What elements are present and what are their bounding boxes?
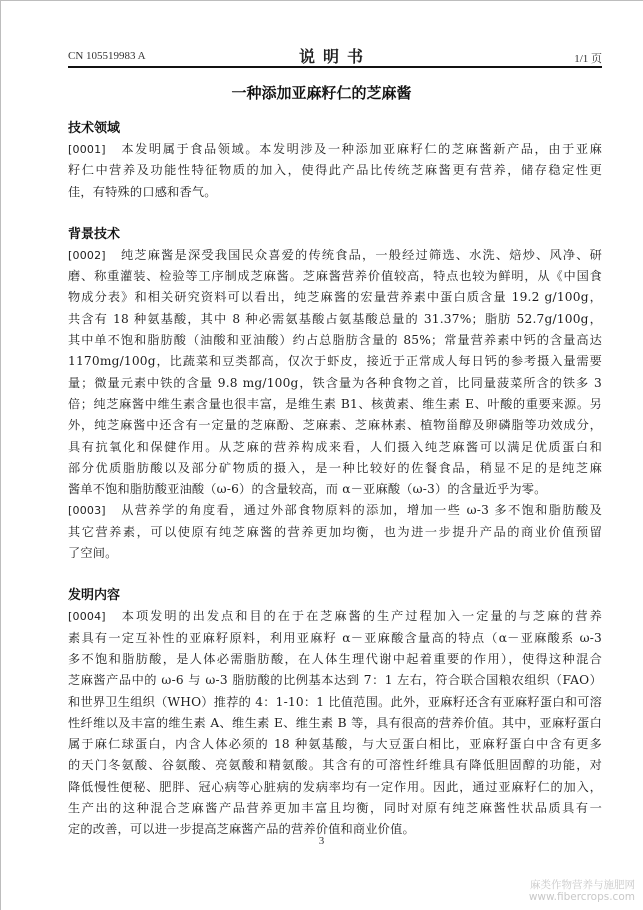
paragraph-line: [0002]纯芝麻酱是深受我国民众喜爱的传统食品，一般经过筛选、水洗、焙炒、风净… bbox=[68, 245, 602, 266]
page-border-top bbox=[0, 0, 643, 1]
paragraph-line: 其它营养素，可以使原有纯芝麻酱的营养更加均衡，也为进一步提升产品的商业价值预留 bbox=[68, 522, 602, 543]
header-rule bbox=[68, 66, 602, 68]
section-gap bbox=[68, 203, 602, 224]
line-text: 本项发明的出发点和目的在于在芝麻酱的生产过程加入一定量的与芝麻的营养 bbox=[120, 609, 602, 623]
paragraph-line: 素具有一定互补性的亚麻籽原料，利用亚麻籽 α－亚麻酸含量高的特点（α－亚麻酸系 … bbox=[68, 628, 602, 649]
line-text: 纯芝麻酱是深受我国民众喜爱的传统食品，一般经过筛选、水洗、焙炒、风净、研 bbox=[120, 248, 602, 262]
paragraph-line: [0003]从营养学的角度看，通过外部食物原料的添加，增加一些 ω-3 多不饱和… bbox=[68, 500, 602, 521]
line-text: 本发明属于食品领域。本发明涉及一种添加亚麻籽仁的芝麻酱新产品，由于亚麻 bbox=[120, 142, 602, 156]
section-heading: 发明内容 bbox=[68, 585, 602, 606]
paragraph-line: 部分优质脂肪酸以及部分矿物质的摄入，是一种比较好的佐餐食品，稍显不足的是纯芝麻 bbox=[68, 458, 602, 479]
paragraph-line: 其中单不饱和脂肪酸（油酸和亚油酸）约占总脂肪含量的 85%；常量营养素中钙的含量… bbox=[68, 330, 602, 351]
paragraph-line: 量；微量元素中铁的含量 9.8 mg/100g，铁含量为各种食物之首，比同量菠菜… bbox=[68, 373, 602, 394]
paragraph-line: 属于麻仁球蛋白，内含人体必须的 18 种氨基酸，与大豆蛋白相比，亚麻籽蛋白中含有… bbox=[68, 734, 602, 755]
section-background: 背景技术 [0002]纯芝麻酱是深受我国民众喜爱的传统食品，一般经过筛选、水洗、… bbox=[68, 224, 602, 564]
document-title: 一种添加亚麻籽仁的芝麻酱 bbox=[0, 82, 643, 103]
paragraph-line: 磨、称重灌装、检验等工序制成芝麻酱。芝麻酱营养价值较高，特点也较为鲜明，从《中国… bbox=[68, 266, 602, 287]
running-header: CN 105519983 A 说明书 1/1 页 bbox=[68, 44, 602, 64]
watermark: 麻类作物营养与施肥网 www.fibercrops.com bbox=[529, 879, 635, 903]
paragraph-line: 物成分表》和相关研究资料可以看出，纯芝麻酱的宏量营养素中蛋白质含量 19.2 g… bbox=[68, 287, 602, 308]
paragraph-line: 了空间。 bbox=[68, 543, 602, 564]
paragraph-line: 降低慢性便秘、肥胖、冠心病等心脏病的发病率均有一定作用。因此，通过亚麻籽仁的加入… bbox=[68, 777, 602, 798]
paragraph-line: 外，纯芝麻酱中还含有一定量的芝麻酚、芝麻素、芝麻林素、植物甾醇及卵磷脂等功效成分… bbox=[68, 415, 602, 436]
line-text: 从营养学的角度看，通过外部食物原料的添加，增加一些 ω-3 多不饱和脂肪酸及 bbox=[120, 503, 602, 517]
paragraph-line: 酱单不饱和脂肪酸亚油酸（ω-6）的含量较高，而 α－亚麻酸（ω-3）的含量近乎为… bbox=[68, 479, 602, 500]
watermark-site-name: 麻类作物营养与施肥网 bbox=[529, 879, 635, 891]
page-border-left bbox=[0, 0, 1, 910]
section-heading: 技术领域 bbox=[68, 118, 602, 139]
paragraph-0004: [0004]本项发明的出发点和目的在于在芝麻酱的生产过程加入一定量的与芝麻的营养… bbox=[68, 606, 602, 840]
watermark-url: www.fibercrops.com bbox=[529, 891, 635, 903]
section-heading: 背景技术 bbox=[68, 224, 602, 245]
paragraph-0001: [0001]本发明属于食品领域。本发明涉及一种添加亚麻籽仁的芝麻酱新产品，由于亚… bbox=[68, 139, 602, 203]
paragraph-line: 具有抗氧化和保健作用。从芝麻的营养构成来看，人们摄入纯芝麻酱可以满足优质蛋白和 bbox=[68, 437, 602, 458]
paragraph-number: [0001] bbox=[68, 139, 120, 160]
paragraph-line: [0001]本发明属于食品领域。本发明涉及一种添加亚麻籽仁的芝麻酱新产品，由于亚… bbox=[68, 139, 602, 160]
page-count: 1/1 页 bbox=[574, 50, 602, 66]
paragraph-line: 籽仁中营养及功能性特征物质的加入，使得此产品比传统芝麻酱更有营养，储存稳定性更 bbox=[68, 160, 602, 181]
paragraph-line: 的天门冬氨酸、谷氨酸、亮氨酸和精氨酸。其含有的可溶性纤维具有降低胆固醇的功能，对 bbox=[68, 755, 602, 776]
page-number: 3 bbox=[0, 835, 643, 847]
paragraph-line: 佳，有特殊的口感和香气。 bbox=[68, 182, 602, 203]
paragraph-number: [0002] bbox=[68, 245, 120, 266]
paragraph-line: 芝麻酱产品中的 ω-6 与 ω-3 脂肪酸的比例基本达到 7：1 左右，符合联合… bbox=[68, 670, 602, 691]
paragraph-line: 倍；纯芝麻酱中维生素含量也很丰富，是维生素 B1、核黄素、维生素 E、叶酸的重要… bbox=[68, 394, 602, 415]
paragraph-0002: [0002]纯芝麻酱是深受我国民众喜爱的传统食品，一般经过筛选、水洗、焙炒、风净… bbox=[68, 245, 602, 501]
header-title: 说明书 bbox=[68, 44, 602, 67]
document-body: 技术领域 [0001]本发明属于食品领域。本发明涉及一种添加亚麻籽仁的芝麻酱新产… bbox=[68, 118, 602, 841]
paragraph-line: 共含有 18 种氨基酸，其中 8 种必需氨基酸占氨基酸总量的 31.37%；脂肪… bbox=[68, 309, 602, 330]
paragraph-number: [0004] bbox=[68, 606, 120, 627]
paragraph-line: 和世界卫生组织（WHO）推荐的 4：1-10：1 比值范围。此外，亚麻籽还含有亚… bbox=[68, 692, 602, 713]
paragraph-line: 1170mg/100g，比蔬菜和豆类都高，仅次于虾皮，接近于正常成人每日钙的参考… bbox=[68, 351, 602, 372]
paragraph-line: 多不饱和脂肪酸，是人体必需脂肪酸，在人体生理代谢中起着重要的作用），使得这种混合 bbox=[68, 649, 602, 670]
paragraph-line: [0004]本项发明的出发点和目的在于在芝麻酱的生产过程加入一定量的与芝麻的营养 bbox=[68, 606, 602, 627]
section-gap bbox=[68, 564, 602, 585]
paragraph-line: 生产出的这种混合芝麻酱产品营养更加丰富且均衡，同时对原有纯芝麻酱性状品质具有一 bbox=[68, 798, 602, 819]
section-technical-field: 技术领域 [0001]本发明属于食品领域。本发明涉及一种添加亚麻籽仁的芝麻酱新产… bbox=[68, 118, 602, 203]
paragraph-number: [0003] bbox=[68, 500, 120, 521]
section-summary: 发明内容 [0004]本项发明的出发点和目的在于在芝麻酱的生产过程加入一定量的与… bbox=[68, 585, 602, 840]
paragraph-0003: [0003]从营养学的角度看，通过外部食物原料的添加，增加一些 ω-3 多不饱和… bbox=[68, 500, 602, 564]
paragraph-line: 性纤维以及丰富的维生素 A、维生素 E、维生素 B 等，具有很高的营养价值。其中… bbox=[68, 713, 602, 734]
